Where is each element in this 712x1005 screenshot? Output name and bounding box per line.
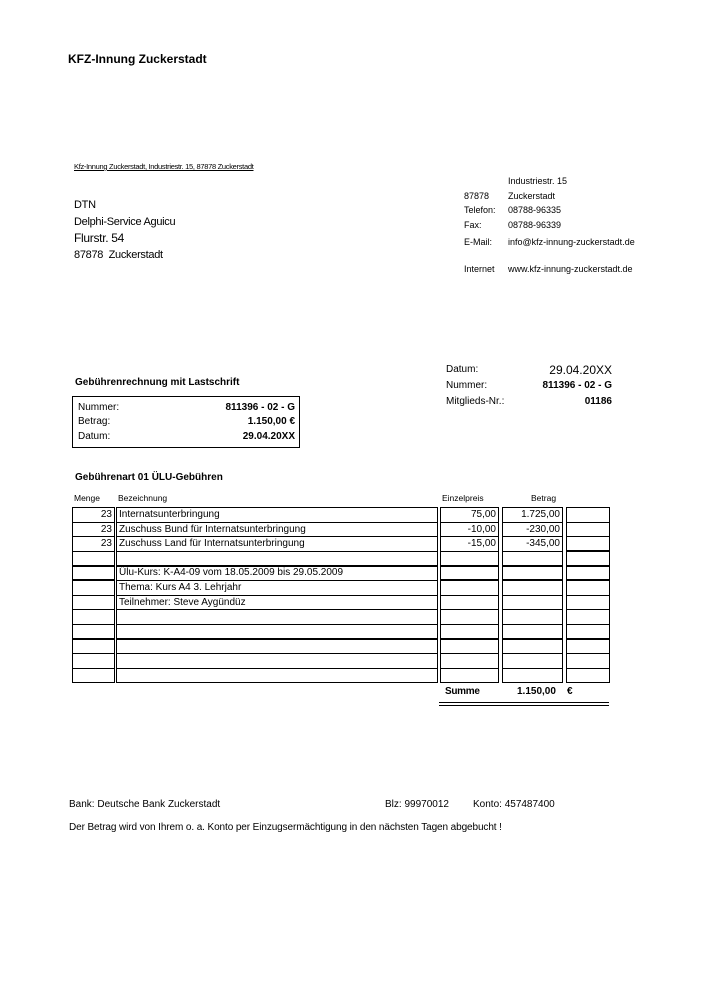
cell-unit-price [440,565,499,581]
column-header-unit-price: Einzelpreis [442,493,484,503]
meta-member-label: Mitglieds-Nr.: [446,396,504,407]
cell-unit-price [440,609,499,625]
cell-desc [116,668,438,684]
cell-extra [566,595,610,611]
sender-address-line: Kfz-Innung Zuckerstadt, Industriestr. 15… [74,162,254,171]
recipient-zip: 87878 [74,249,103,261]
cell-extra [566,580,610,596]
meta-number-label: Nummer: [446,380,487,391]
fax-value: 08788-96339 [508,220,561,230]
cell-desc [116,638,438,654]
bank-code: Blz: 99970012 [385,799,449,810]
cell-amount [502,609,563,625]
recipient-name: DTN [74,197,175,214]
summary-number-value: 811396 - 02 - G [226,402,296,413]
cell-extra [566,536,610,552]
cell-qty [72,609,115,625]
cell-qty [72,565,115,581]
phone-label: Telefon: [464,205,496,215]
cell-desc [116,624,438,640]
cell-extra [566,638,610,654]
invoice-heading: Gebührenrechnung mit Lastschrift [75,377,239,388]
total-double-underline [439,702,609,706]
summary-date-value: 29.04.20XX [243,431,295,442]
meta-number-value: 811396 - 02 - G [543,380,613,391]
cell-extra [566,522,610,538]
phone-value: 08788-96335 [508,205,561,215]
cell-desc [116,609,438,625]
cell-extra [566,565,610,581]
cell-desc [116,551,438,567]
cell-qty [72,551,115,567]
cell-unit-price [440,580,499,596]
cell-qty [72,653,115,669]
cell-extra [566,551,610,567]
cell-desc: Ülu-Kurs: K-A4-09 vom 18.05.2009 bis 29.… [116,565,438,581]
cell-amount [502,668,563,684]
cell-amount [502,580,563,596]
cell-amount [502,565,563,581]
cell-extra [566,653,610,669]
cell-extra [566,624,610,640]
summary-number-label: Nummer: [78,402,119,413]
cell-amount: -230,00 [502,522,563,538]
cell-qty [72,624,115,640]
cell-amount [502,551,563,567]
cell-qty [72,638,115,654]
bank-name: Bank: Deutsche Bank Zuckerstadt [69,799,220,810]
cell-desc: Teilnehmer: Steve Aygündüz [116,595,438,611]
column-header-description: Bezeichnung [118,493,167,503]
cell-unit-price [440,624,499,640]
cell-qty [72,668,115,684]
cell-unit-price [440,638,499,654]
cell-amount [502,653,563,669]
cell-desc: Internatsunterbringung [116,507,438,523]
recipient-address: DTN Delphi-Service Aguicu Flurstr. 54 87… [74,197,175,263]
cell-unit-price [440,653,499,669]
contact-zip: 87878 [464,191,489,201]
cell-desc: Thema: Kurs A4 3. Lehrjahr [116,580,438,596]
cell-extra [566,507,610,523]
meta-date-label: Datum: [446,364,478,375]
summary-amount-value: 1.150,00 € [248,416,295,427]
cell-desc [116,653,438,669]
cell-qty: 23 [72,522,115,538]
cell-unit-price: -15,00 [440,536,499,552]
cell-amount [502,595,563,611]
cell-qty [72,580,115,596]
summary-amount-label: Betrag: [78,416,110,427]
recipient-city-line: 87878 Zuckerstadt [74,247,175,264]
invoice-summary-box: Nummer:811396 - 02 - G Betrag:1.150,00 €… [72,396,300,448]
meta-date-value: 29.04.20XX [549,363,612,377]
cell-qty: 23 [72,507,115,523]
cell-amount: -345,00 [502,536,563,552]
email-label: E-Mail: [464,237,492,247]
cell-unit-price [440,551,499,567]
recipient-street: Flurstr. 54 [74,230,175,247]
direct-debit-notice: Der Betrag wird von Ihrem o. a. Konto pe… [69,822,502,833]
recipient-company: Delphi-Service Aguicu [74,214,175,231]
cell-unit-price [440,595,499,611]
contact-city: Zuckerstadt [508,191,555,201]
cell-unit-price: 75,00 [440,507,499,523]
meta-member-value: 01186 [585,396,612,407]
recipient-city: Zuckerstadt [109,249,163,261]
cell-extra [566,609,610,625]
total-currency: € [567,686,573,697]
cell-desc: Zuschuss Land für Internatsunterbringung [116,536,438,552]
cell-unit-price [440,668,499,684]
fax-label: Fax: [464,220,482,230]
website-link[interactable]: www.kfz-innung-zuckerstadt.de [508,264,633,274]
account-number: Konto: 457487400 [473,799,555,810]
summary-date-label: Datum: [78,431,110,442]
cell-amount [502,624,563,640]
email-link[interactable]: info@kfz-innung-zuckerstadt.de [508,237,635,247]
cell-desc: Zuschuss Bund für Internatsunterbringung [116,522,438,538]
total-label: Summe [445,686,480,697]
cell-extra [566,668,610,684]
cell-qty [72,595,115,611]
cell-qty: 23 [72,536,115,552]
column-header-amount: Betrag [531,493,556,503]
cell-amount: 1.725,00 [502,507,563,523]
contact-street: Industriestr. 15 [508,176,567,186]
fee-type-heading: Gebührenart 01 ÜLU-Gebühren [75,472,223,483]
organization-name: KFZ-Innung Zuckerstadt [68,52,207,66]
cell-unit-price: -10,00 [440,522,499,538]
total-value: 1.150,00 [517,686,556,697]
internet-label: Internet [464,264,495,274]
column-header-qty: Menge [74,493,100,503]
cell-amount [502,638,563,654]
